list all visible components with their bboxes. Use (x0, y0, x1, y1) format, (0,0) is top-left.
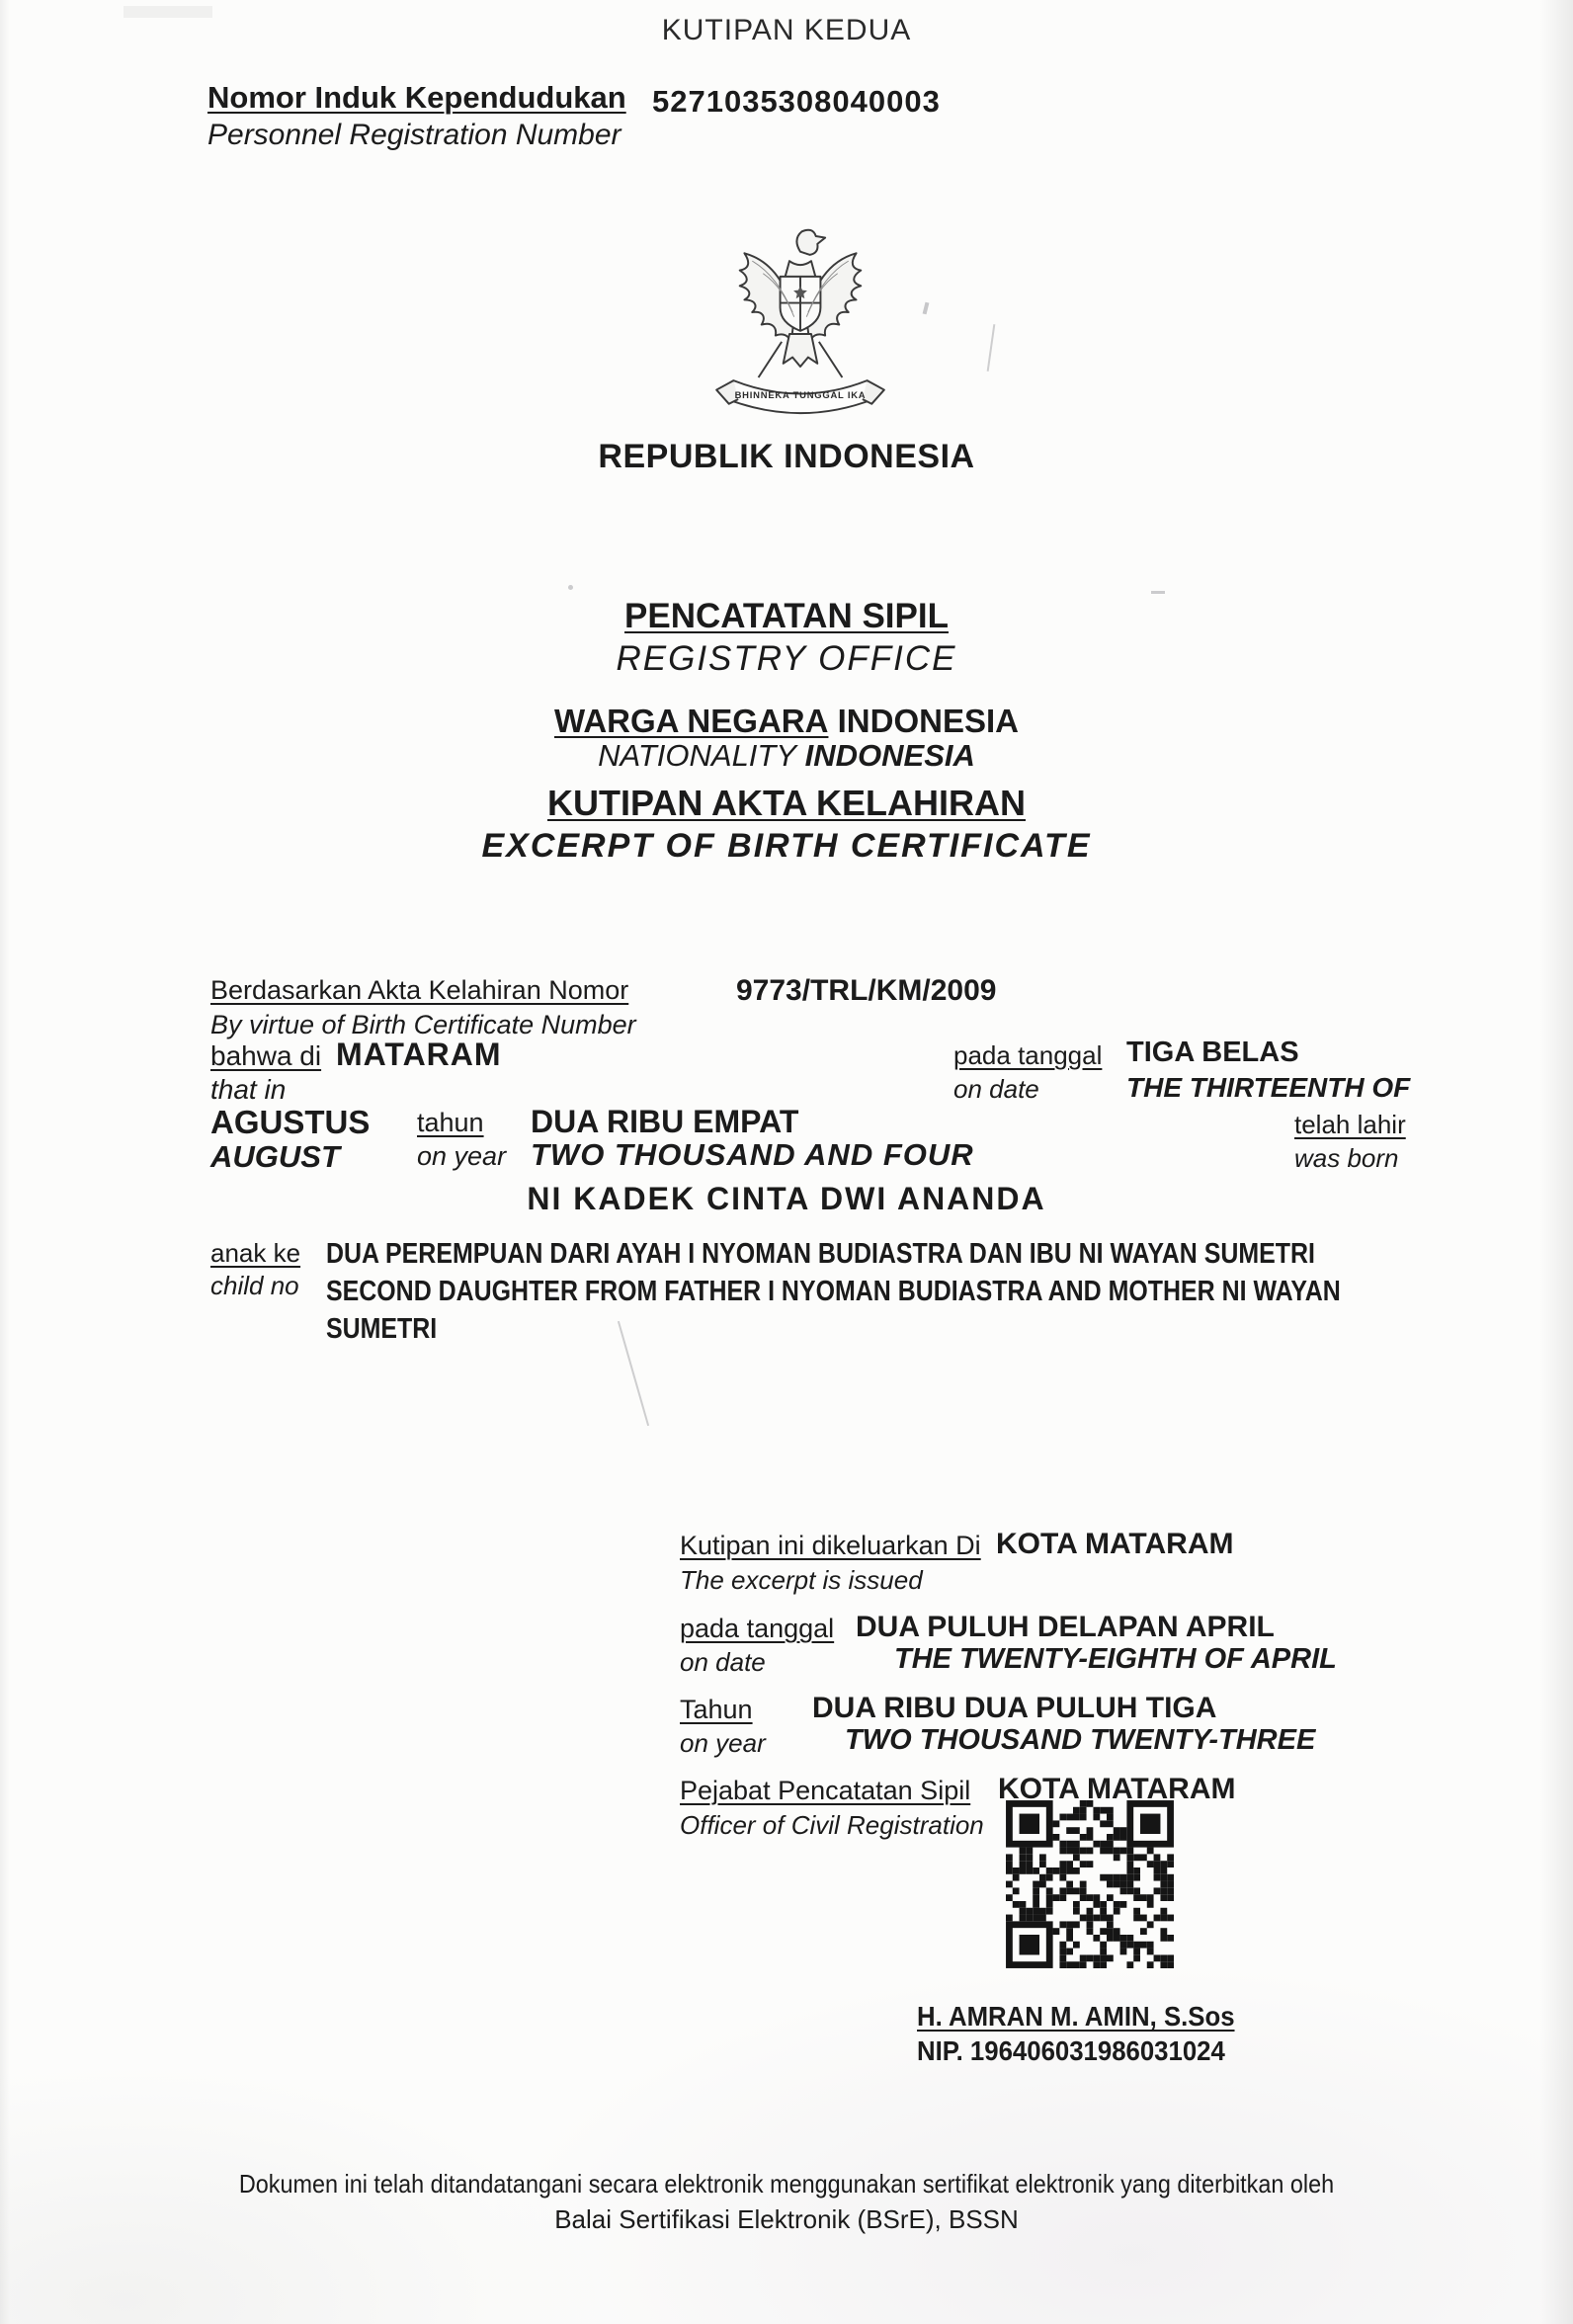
nik-label-id: Nomor Induk Kependudukan (207, 81, 626, 115)
birth-date-label-id: pada tanggal (953, 1041, 1102, 1070)
officer-label-en: Officer of Civil Registration (680, 1811, 984, 1840)
scan-artifact (923, 302, 930, 315)
child-name: NI KADEK CINTA DWI ANANDA (0, 1182, 1573, 1216)
scan-artifact (568, 585, 573, 590)
qr-code (1006, 1800, 1174, 1968)
issue-year-value-id: DUA RIBU DUA PULUH TIGA (812, 1692, 1216, 1724)
birth-place-value: MATARAM (336, 1037, 502, 1072)
scan-artifact (1151, 591, 1165, 594)
nationality-label-en: NATIONALITY (598, 738, 796, 773)
officer-label-id: Pejabat Pencatatan Sipil (680, 1777, 970, 1806)
nationality-value-en: INDONESIA (805, 738, 975, 773)
footer-line1: Dokumen ini telah ditandatangani secara … (79, 2170, 1495, 2199)
birth-certificate-document: KUTIPAN KEDUA Nomor Induk Kependudukan P… (0, 0, 1573, 2324)
certificate-number: 9773/TRL/KM/2009 (736, 974, 996, 1007)
nationality-line-en: NATIONALITY INDONESIA (0, 739, 1573, 773)
birth-year-label-id: tahun (417, 1109, 484, 1138)
country-title: REPUBLIK INDONESIA (0, 439, 1573, 475)
birth-month-en: AUGUST (210, 1140, 340, 1174)
office-title-id: PENCATATAN SIPIL (0, 598, 1573, 636)
signatory-name: H. AMRAN M. AMIN, S.Sos (917, 2002, 1235, 2033)
footer-line2: Balai Sertifikasi Elektronik (BSrE), BSS… (0, 2205, 1573, 2234)
document-title-en: EXCERPT OF BIRTH CERTIFICATE (0, 828, 1573, 865)
birth-place-label-en: that in (210, 1075, 286, 1106)
nationality-label-id: WARGA NEGARA (554, 703, 828, 739)
birth-place-label-id: bahwa di (210, 1041, 321, 1072)
nationality-value-id: INDONESIA (838, 703, 1019, 739)
child-description: DUA PEREMPUAN DARI AYAH I NYOMAN BUDIAST… (326, 1235, 1341, 1348)
birth-date-label-en: on date (953, 1075, 1039, 1104)
document-title-id: KUTIPAN AKTA KELAHIRAN (0, 784, 1573, 823)
birth-year-value-id: DUA RIBU EMPAT (531, 1105, 798, 1139)
scan-artifact (987, 324, 996, 372)
issued-label-id: Kutipan ini dikeluarkan Di (680, 1532, 981, 1561)
issue-date-label-id: pada tanggal (680, 1615, 834, 1644)
birth-year-label-en: on year (417, 1142, 506, 1172)
child-no-label-en: child no (210, 1272, 299, 1300)
office-title-en: REGISTRY OFFICE (0, 640, 1573, 679)
birth-date-value-id: TIGA BELAS (1126, 1037, 1299, 1069)
nik-label-en: Personnel Registration Number (207, 119, 621, 151)
child-description-id: DUA PEREMPUAN DARI AYAH I NYOMAN BUDIAST… (326, 1235, 1341, 1273)
copy-label: KUTIPAN KEDUA (0, 14, 1573, 46)
birth-date-value-en: THE THIRTEENTH OF (1126, 1073, 1410, 1104)
issue-year-value-en: TWO THOUSAND TWENTY-THREE (845, 1725, 1315, 1757)
basis-label-id: Berdasarkan Akta Kelahiran Nomor (210, 976, 628, 1006)
nik-value: 5271035308040003 (652, 85, 941, 119)
born-label-en: was born (1294, 1144, 1399, 1173)
issue-date-label-en: on date (680, 1648, 766, 1677)
issue-year-label-en: on year (680, 1729, 766, 1758)
issue-year-label-id: Tahun (680, 1696, 753, 1725)
signatory-nip: NIP. 196406031986031024 (917, 2036, 1225, 2067)
issued-place: KOTA MATARAM (996, 1528, 1234, 1560)
child-description-en-line1: SECOND DAUGHTER FROM FATHER I NYOMAN BUD… (326, 1273, 1341, 1310)
garuda-emblem-icon: BHINNEKA TUNGGAL IKA (706, 225, 894, 443)
birth-year-value-en: TWO THOUSAND AND FOUR (531, 1138, 974, 1172)
issue-date-value-en: THE TWENTY-EIGHTH OF APRIL (894, 1644, 1337, 1676)
born-label-id: telah lahir (1294, 1111, 1406, 1139)
nationality-line-id: WARGA NEGARA INDONESIA (0, 704, 1573, 739)
emblem-motto-text: BHINNEKA TUNGGAL IKA (735, 389, 867, 400)
scan-artifact (124, 6, 212, 18)
issue-date-value-id: DUA PULUH DELAPAN APRIL (856, 1611, 1275, 1643)
birth-month-id: AGUSTUS (210, 1105, 370, 1140)
child-description-en-line2: SUMETRI (326, 1310, 1341, 1348)
child-no-label-id: anak ke (210, 1239, 300, 1268)
issued-label-en: The excerpt is issued (680, 1566, 923, 1595)
